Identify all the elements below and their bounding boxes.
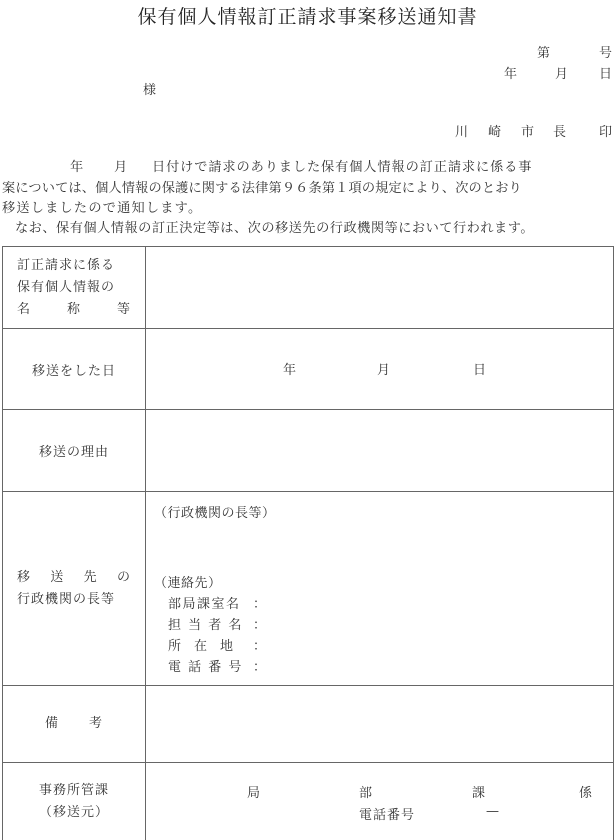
field-transfer-date[interactable]: 年 月 日 bbox=[146, 329, 614, 410]
body-year: 年 bbox=[70, 156, 84, 175]
label-char: 等 bbox=[117, 299, 131, 321]
label-char: 名 bbox=[17, 299, 31, 321]
label-char: 備 bbox=[45, 713, 59, 735]
row-target-info: 訂正請求に係る 保有個人情報の 名 称 等 bbox=[3, 247, 614, 329]
label-char: 送 bbox=[50, 567, 64, 589]
body-month: 月 bbox=[114, 156, 128, 175]
label-line: 保有個人情報の bbox=[17, 277, 131, 299]
label-line: 事務所管課 bbox=[39, 780, 109, 802]
section-label: 課 bbox=[472, 782, 485, 801]
colon: ： bbox=[253, 635, 266, 654]
row-destination: 移 送 先 の 行政機関の長等 （行政機関の長等） （連絡先） 部局課室名 ： … bbox=[3, 492, 614, 686]
number-suffix: 号 bbox=[599, 42, 612, 61]
label-char: の bbox=[117, 567, 131, 589]
label-remarks: 備 考 bbox=[3, 686, 146, 763]
colon: ： bbox=[253, 614, 266, 633]
label-text: 移送をした日 bbox=[32, 364, 116, 379]
date-day: 日 bbox=[599, 63, 612, 82]
date-month: 月 bbox=[555, 63, 568, 82]
label-destination: 移 送 先 の 行政機関の長等 bbox=[3, 492, 146, 686]
body-line-2: 案については、個人情報の保護に関する法律第９６条第１項の規定により、次のとおり bbox=[2, 177, 522, 196]
label-text: 移送の理由 bbox=[39, 445, 109, 460]
document-title: 保有個人情報訂正請求事案移送通知書 bbox=[0, 2, 615, 29]
contact-heading: （連絡先） bbox=[154, 572, 222, 591]
field-destination[interactable]: （行政機関の長等） （連絡先） 部局課室名 ： 担 当 者 名 ： 所 在 地 … bbox=[146, 492, 614, 686]
label-line: （移送元） bbox=[39, 802, 109, 824]
form-table: 訂正請求に係る 保有個人情報の 名 称 等 移送をした日 年 月 日 移送の bbox=[2, 246, 614, 840]
field-transfer-reason[interactable] bbox=[146, 410, 614, 492]
field-office[interactable]: 局 部 課 係 電話番号 — bbox=[146, 763, 614, 840]
row-remarks: 備 考 bbox=[3, 686, 614, 763]
subsection-label: 係 bbox=[579, 782, 592, 801]
label-char: 先 bbox=[84, 567, 98, 589]
contact-field-phone: 電 話 番 号 bbox=[168, 656, 243, 675]
sender-char-1: 川 bbox=[455, 121, 468, 140]
body-line-4: なお、保有個人情報の訂正決定等は、次の移送先の行政機関等において行われます。 bbox=[15, 217, 534, 236]
sender-char-2: 崎 bbox=[488, 121, 501, 140]
transfer-year: 年 bbox=[283, 359, 296, 378]
seal-mark: 印 bbox=[599, 121, 612, 140]
field-remarks[interactable] bbox=[146, 686, 614, 763]
colon: ： bbox=[253, 656, 266, 675]
label-char: 移 bbox=[17, 567, 31, 589]
sender-char-3: 市 bbox=[521, 121, 534, 140]
label-target-info: 訂正請求に係る 保有個人情報の 名 称 等 bbox=[3, 247, 146, 329]
row-transfer-reason: 移送の理由 bbox=[3, 410, 614, 492]
label-transfer-date: 移送をした日 bbox=[3, 329, 146, 410]
number-prefix: 第 bbox=[537, 42, 550, 61]
recipient-suffix: 様 bbox=[143, 79, 156, 98]
contact-field-department: 部局課室名 bbox=[168, 593, 241, 612]
body-line-1: 日付けで請求のありました保有個人情報の訂正請求に係る事 bbox=[152, 156, 532, 175]
field-target-info[interactable] bbox=[146, 247, 614, 329]
department-label: 部 bbox=[359, 782, 372, 801]
transfer-month: 月 bbox=[377, 359, 390, 378]
label-line: 行政機関の長等 bbox=[17, 589, 131, 611]
body-line-3: 移送しましたので通知します。 bbox=[2, 197, 202, 216]
contact-field-person: 担 当 者 名 bbox=[168, 614, 243, 633]
transfer-day: 日 bbox=[473, 359, 486, 378]
head-of-agency-label: （行政機関の長等） bbox=[154, 502, 276, 521]
row-transfer-date: 移送をした日 年 月 日 bbox=[3, 329, 614, 410]
label-char: 考 bbox=[89, 713, 103, 735]
label-transfer-reason: 移送の理由 bbox=[3, 410, 146, 492]
contact-field-address: 所 在 地 bbox=[168, 635, 233, 654]
phone-label: 電話番号 bbox=[359, 804, 415, 823]
row-office: 事務所管課 （移送元） 局 部 課 係 電話番号 — bbox=[3, 763, 614, 840]
date-year: 年 bbox=[504, 63, 517, 82]
label-line: 訂正請求に係る bbox=[17, 255, 131, 277]
colon: ： bbox=[253, 593, 266, 612]
label-char: 称 bbox=[67, 299, 81, 321]
sender-char-4: 長 bbox=[553, 121, 566, 140]
label-office: 事務所管課 （移送元） bbox=[3, 763, 146, 840]
phone-dash: — bbox=[486, 804, 499, 819]
bureau-label: 局 bbox=[247, 782, 260, 801]
